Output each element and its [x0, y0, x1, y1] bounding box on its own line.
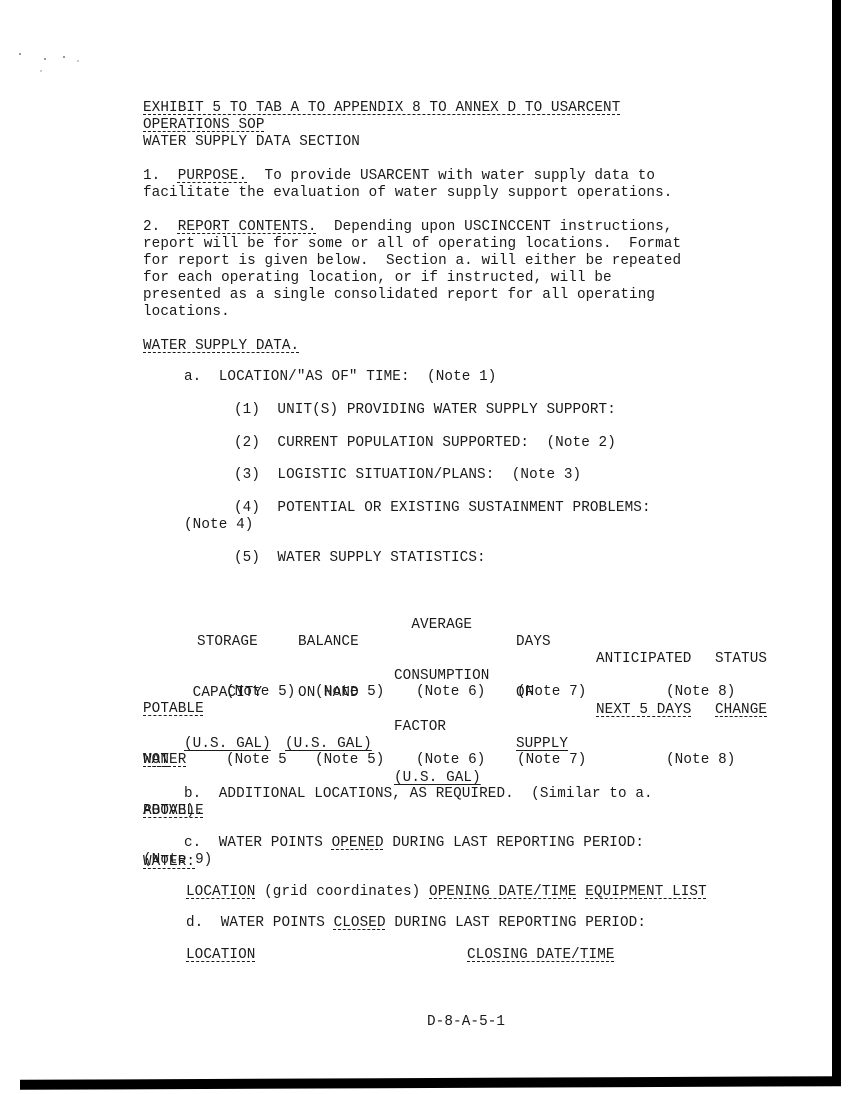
page-border-right — [832, 0, 841, 1086]
subitem-text: LOGISTIC SITUATION/PLANS: (Note 3) — [277, 467, 581, 483]
scan-speck — [19, 53, 21, 55]
subitem-text: CURRENT POPULATION SUPPORTED: (Note 2) — [277, 435, 616, 451]
scan-speck — [40, 70, 42, 72]
table-cell: (Note 5) — [315, 684, 384, 701]
item-c-fields: LOCATION (grid coordinates) OPENING DATE… — [186, 884, 707, 901]
section-2-line: report will be for some or all of operat… — [143, 236, 681, 253]
subitem-text: WATER SUPPLY STATISTICS: — [277, 550, 485, 566]
field-opening: OPENING DATE/TIME — [429, 884, 577, 900]
field-grid: (grid coordinates) — [255, 884, 429, 900]
page-number: D-8-A-5-1 — [427, 1014, 505, 1031]
item-a: a. LOCATION/"AS OF" TIME: (Note 1) — [184, 369, 496, 386]
page-border-bottom — [20, 1076, 841, 1090]
subitem-4: (4) POTENTIAL OR EXISTING SUSTAINMENT PR… — [234, 500, 651, 517]
item-text: DURING LAST REPORTING PERIOD: — [384, 835, 644, 851]
table-cell: (Note 8) — [666, 752, 735, 769]
item-text: ADDITIONAL LOCATIONS, AS REQUIRED. (Simi… — [219, 786, 653, 802]
subitem-number: (2) — [234, 435, 260, 451]
item-text: LOCATION/"AS OF" TIME: (Note 1) — [219, 369, 497, 385]
table-cell: (Note 5 — [226, 752, 287, 769]
item-label: b. — [184, 786, 201, 802]
table-cell: (Note 5) — [226, 684, 295, 701]
subitem-number: (3) — [234, 467, 260, 483]
item-b-cont: ABOVE). — [143, 803, 204, 820]
table-cell: (Note 7) — [517, 684, 586, 701]
item-text: WATER POINTS — [221, 915, 334, 931]
item-emphasis: OPENED — [332, 835, 384, 851]
scan-speck — [44, 58, 46, 60]
section-2-line: for report is given below. Section a. wi… — [143, 253, 681, 270]
field-location: LOCATION — [186, 884, 255, 900]
item-text: WATER POINTS — [219, 835, 332, 851]
section-2-line: for each operating location, or if instr… — [143, 270, 612, 287]
item-label: d. — [186, 915, 203, 931]
section-2: 2. REPORT CONTENTS. Depending upon USCIN… — [143, 219, 672, 236]
subitem-3: (3) LOGISTIC SITUATION/PLANS: (Note 3) — [234, 467, 581, 484]
section-heading: PURPOSE. — [178, 168, 247, 184]
item-c-cont: (Note 9) — [143, 852, 212, 869]
scan-speck — [63, 56, 65, 58]
scan-speck — [77, 60, 79, 62]
table-cell: (Note 5) — [315, 752, 384, 769]
table-cell: (Note 7) — [517, 752, 586, 769]
subitem-1: (1) UNIT(S) PROVIDING WATER SUPPLY SUPPO… — [234, 402, 616, 419]
section-2-line: locations. — [143, 304, 230, 321]
item-label: a. — [184, 369, 201, 385]
subitem-5: (5) WATER SUPPLY STATISTICS: — [234, 550, 486, 567]
subitem-number: (5) — [234, 550, 260, 566]
item-emphasis: CLOSED — [334, 915, 386, 931]
section-text: To provide USARCENT with water supply da… — [265, 168, 656, 184]
table-cell: (Note 8) — [666, 684, 735, 701]
section-text: Depending upon USCINCCENT instructions, — [334, 219, 673, 235]
section-title: WATER SUPPLY DATA SECTION — [143, 134, 360, 151]
subitem-2: (2) CURRENT POPULATION SUPPORTED: (Note … — [234, 435, 616, 452]
subitem-text: POTENTIAL OR EXISTING SUSTAINMENT PROBLE… — [277, 500, 650, 516]
section-heading: REPORT CONTENTS. — [178, 219, 317, 235]
section-1-cont: facilitate the evaluation of water suppl… — [143, 185, 672, 202]
field-closing: CLOSING DATE/TIME — [467, 947, 615, 964]
section-2-line: presented as a single consolidated repor… — [143, 287, 655, 304]
section-number: 2. — [143, 219, 160, 235]
subitem-4-cont: (Note 4) — [184, 517, 253, 534]
subitem-text: UNIT(S) PROVIDING WATER SUPPLY SUPPORT: — [277, 402, 616, 418]
section-number: 1. — [143, 168, 160, 184]
item-text: DURING LAST REPORTING PERIOD: — [386, 915, 646, 931]
water-supply-data-title: WATER SUPPLY DATA. — [143, 338, 299, 355]
item-label: c. — [184, 835, 201, 851]
item-d: d. WATER POINTS CLOSED DURING LAST REPOR… — [186, 915, 646, 932]
exhibit-title: EXHIBIT 5 TO TAB A TO APPENDIX 8 TO ANNE… — [143, 100, 620, 117]
table-cell: (Note 6) — [416, 684, 485, 701]
item-b: b. ADDITIONAL LOCATIONS, AS REQUIRED. (S… — [184, 786, 653, 803]
subitem-number: (1) — [234, 402, 260, 418]
subitem-number: (4) — [234, 500, 260, 516]
exhibit-subtitle: OPERATIONS SOP — [143, 117, 265, 134]
field-equipment: EQUIPMENT LIST — [585, 884, 707, 900]
table-cell: (Note 6) — [416, 752, 485, 769]
field-location: LOCATION — [186, 947, 255, 964]
item-c: c. WATER POINTS OPENED DURING LAST REPOR… — [184, 835, 644, 852]
section-1: 1. PURPOSE. To provide USARCENT with wat… — [143, 168, 655, 185]
